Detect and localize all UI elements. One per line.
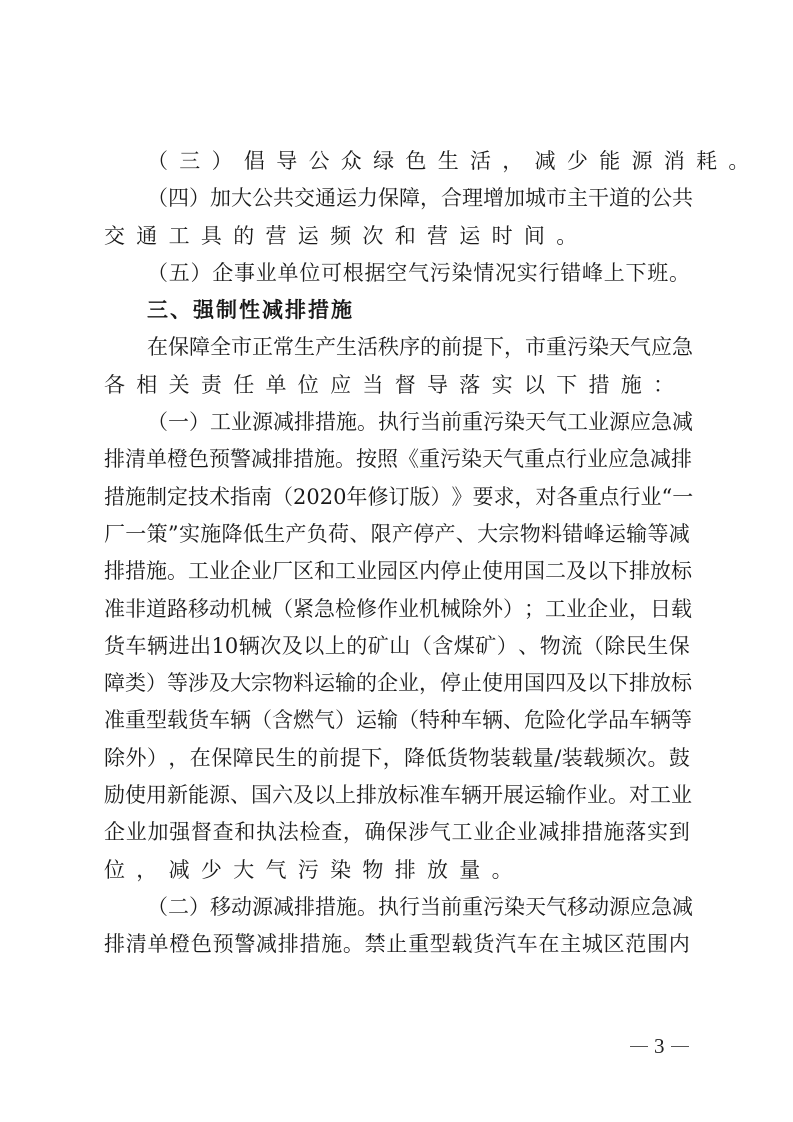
page-number: 3 bbox=[654, 1034, 665, 1059]
text-line: 各相关责任单位应当督导落实以下措施： bbox=[104, 367, 690, 404]
text-line: （一）工业源减排措施。执行当前重污染天气工业源应急减 bbox=[104, 404, 690, 441]
dash-right bbox=[671, 1046, 689, 1048]
text-line: 准非道路移动机械（紧急检修作业机械除外）；工业企业，日载 bbox=[104, 591, 690, 628]
document-page: （三）倡导公众绿色生活，减少能源消耗。（四）加大公共交通运力保障，合理增加城市主… bbox=[0, 0, 793, 1122]
text-line: 企业加强督查和执法检查，确保涉气工业企业减排措施落实到 bbox=[104, 814, 690, 851]
text-line: 货车辆进出10辆次及以上的矿山（含煤矿）、物流（除民生保 bbox=[104, 628, 690, 665]
text-line: 排清单橙色预警减排措施。按照《重污染天气重点行业应急减排 bbox=[104, 441, 690, 478]
page-footer: 3 bbox=[630, 1034, 689, 1059]
dash-left bbox=[630, 1046, 648, 1048]
text-line: 排清单橙色预警减排措施。禁止重型载货汽车在主城区范围内 bbox=[104, 926, 690, 963]
text-line: 除外），在保障民生的前提下，降低货物装载量/装载频次。鼓 bbox=[104, 740, 690, 777]
text-line: 交通工具的营运频次和营运时间。 bbox=[104, 218, 690, 255]
text-line: 排措施。工业企业厂区和工业园区内停止使用国二及以下排放标 bbox=[104, 553, 690, 590]
text-line: 措施制定技术指南（2020年修订版）》要求，对各重点行业“一 bbox=[104, 479, 690, 516]
text-line: （二）移动源减排措施。执行当前重污染天气移动源应急减 bbox=[104, 889, 690, 926]
text-line: 位，减少大气污染物排放量。 bbox=[104, 852, 690, 889]
text-line: 障类）等涉及大宗物料运输的企业，停止使用国四及以下排放标 bbox=[104, 665, 690, 702]
text-line: 准重型载货车辆（含燃气）运输（特种车辆、危险化学品车辆等 bbox=[104, 702, 690, 739]
text-line: 励使用新能源、国六及以上排放标准车辆开展运输作业。对工业 bbox=[104, 777, 690, 814]
text-line: （四）加大公共交通运力保障，合理增加城市主干道的公共 bbox=[104, 180, 690, 217]
text-line: 在保障全市正常生产生活秩序的前提下，市重污染天气应急 bbox=[104, 329, 690, 366]
text-line: 厂一策”实施降低生产负荷、限产停产、大宗物料错峰运输等减 bbox=[104, 516, 690, 553]
text-line: （三）倡导公众绿色生活，减少能源消耗。 bbox=[104, 143, 690, 180]
body-text: （三）倡导公众绿色生活，减少能源消耗。（四）加大公共交通运力保障，合理增加城市主… bbox=[104, 143, 690, 964]
section-heading: 三、强制性减排措施 bbox=[104, 292, 690, 329]
text-line: （五）企事业单位可根据空气污染情况实行错峰上下班。 bbox=[104, 255, 690, 292]
